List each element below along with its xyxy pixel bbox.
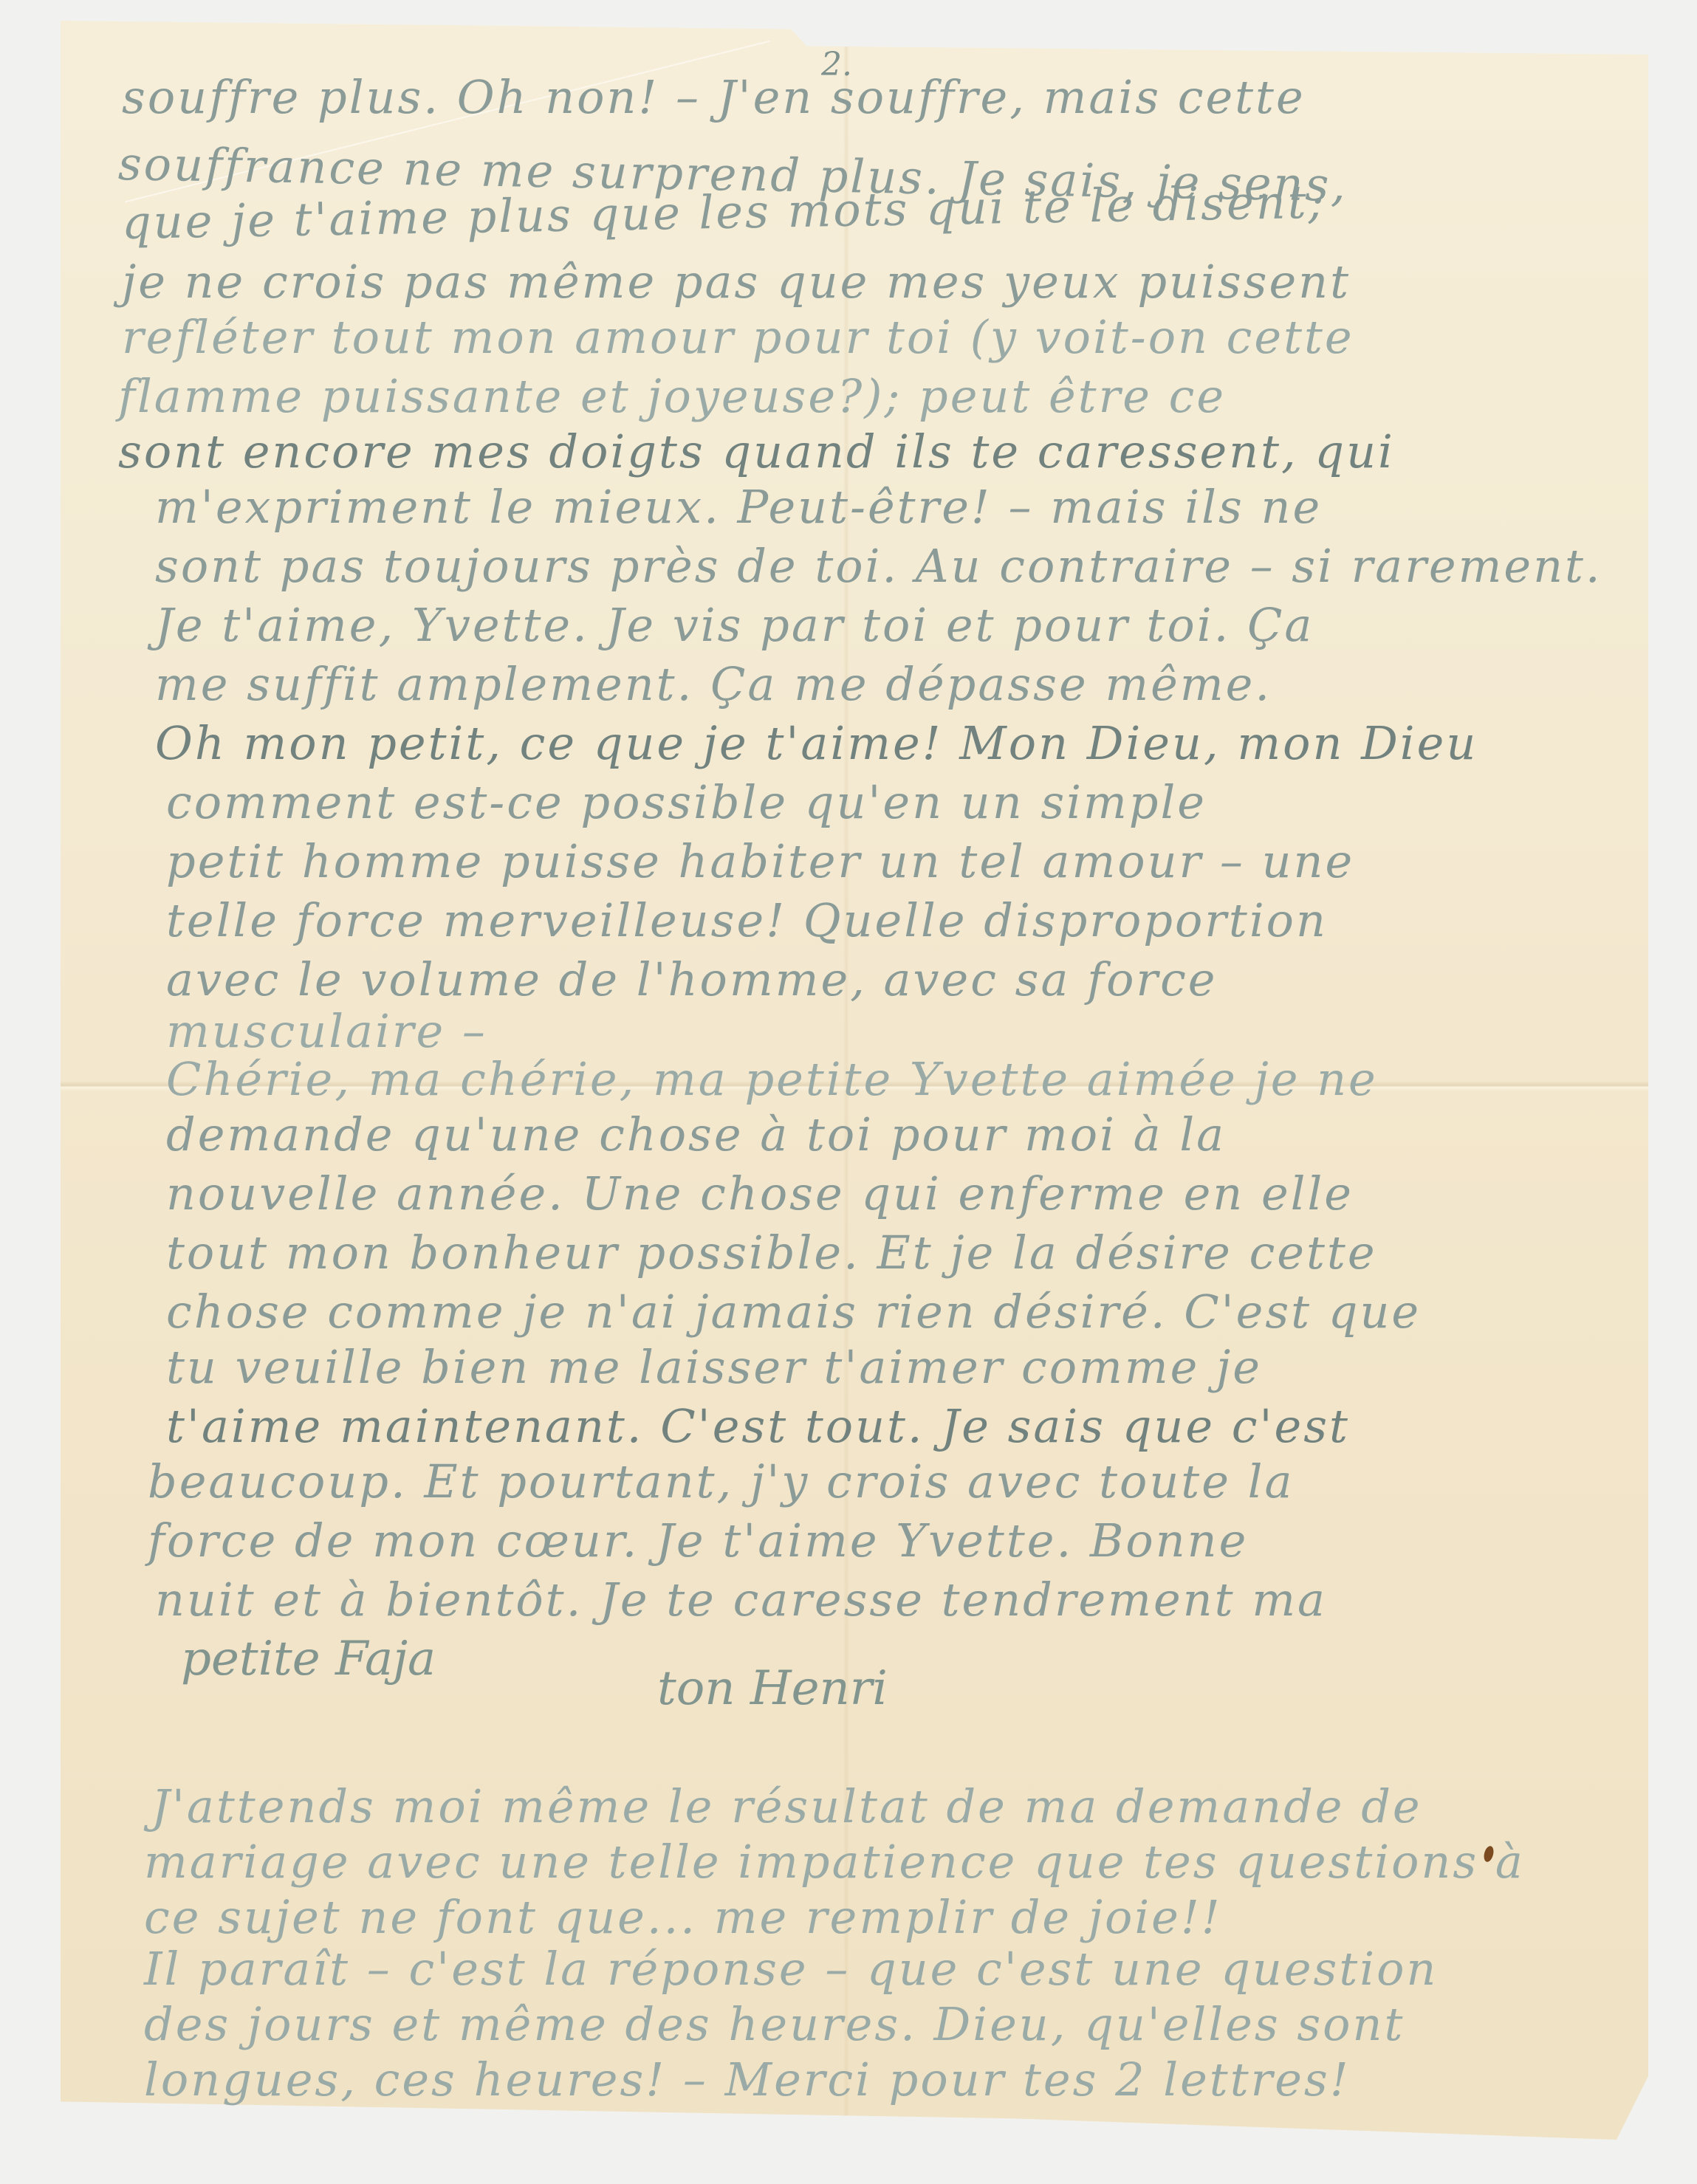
letter-line: telle force merveilleuse! Quelle disprop… — [166, 893, 1328, 947]
letter-line: je ne crois pas même pas que mes yeux pu… — [122, 255, 1351, 309]
closing-salutation: petite Faja — [181, 1632, 436, 1686]
letter-line: musculaire – — [166, 1004, 487, 1058]
letter-line: Je t'aime, Yvette. Je vis par toi et pou… — [155, 598, 1314, 652]
letter-line: m'expriment le mieux. Peut-être! – mais … — [155, 480, 1322, 534]
letter-line: Oh mon petit, ce que je t'aime! Mon Dieu… — [155, 716, 1478, 770]
letter-line: Chérie, ma chérie, ma petite Yvette aimé… — [166, 1052, 1378, 1106]
letter-line: beaucoup. Et pourtant, j'y crois avec to… — [148, 1455, 1294, 1508]
letter-line: nouvelle année. Une chose qui enferme en… — [166, 1167, 1354, 1220]
letter-line: avec le volume de l'homme, avec sa force — [166, 952, 1217, 1006]
letter-line: me suffit amplement. Ça me dépasse même. — [155, 657, 1272, 711]
letter-line: sont encore mes doigts quand ils te care… — [118, 425, 1395, 478]
postscript-line: des jours et même des heures. Dieu, qu'e… — [144, 1997, 1405, 2051]
letter-line: chose comme je n'ai jamais rien désiré. … — [166, 1285, 1421, 1339]
postscript-line: ce sujet ne font que... me remplir de jo… — [144, 1890, 1222, 1944]
letter-line: nuit et à bientôt. Je te caresse tendrem… — [155, 1573, 1327, 1627]
postscript-line: J'attends moi même le résultat de ma dem… — [151, 1779, 1422, 1833]
letter-line: force de mon cœur. Je t'aime Yvette. Bon… — [148, 1514, 1248, 1567]
letter-line: sont pas toujours près de toi. Au contra… — [155, 539, 1602, 593]
letter-line: comment est-ce possible qu'en un simple — [166, 775, 1207, 829]
letter-line: tu veuille bien me laisser t'aimer comme… — [166, 1340, 1262, 1394]
signature: ton Henri — [657, 1661, 888, 1716]
letter-line: t'aime maintenant. C'est tout. Je sais q… — [166, 1399, 1350, 1453]
letter-line: tout mon bonheur possible. Et je la dési… — [166, 1226, 1377, 1280]
letter-line: souffre plus. Oh non! – J'en souffre, ma… — [122, 70, 1306, 124]
letter-line: flamme puissante et joyeuse?); peut être… — [118, 369, 1226, 423]
letter-line: demande qu'une chose à toi pour moi à la — [166, 1108, 1226, 1161]
postscript-line: mariage avec une telle impatience que te… — [144, 1835, 1525, 1889]
letter-line: refléter tout mon amour pour toi (y voit… — [122, 310, 1354, 364]
postscript-line: Il paraît – c'est la réponse – que c'est… — [144, 1942, 1438, 1996]
letter-line: petit homme puisse habiter un tel amour … — [166, 834, 1354, 888]
postscript-line: longues, ces heures! – Merci pour tes 2 … — [144, 2053, 1351, 2106]
